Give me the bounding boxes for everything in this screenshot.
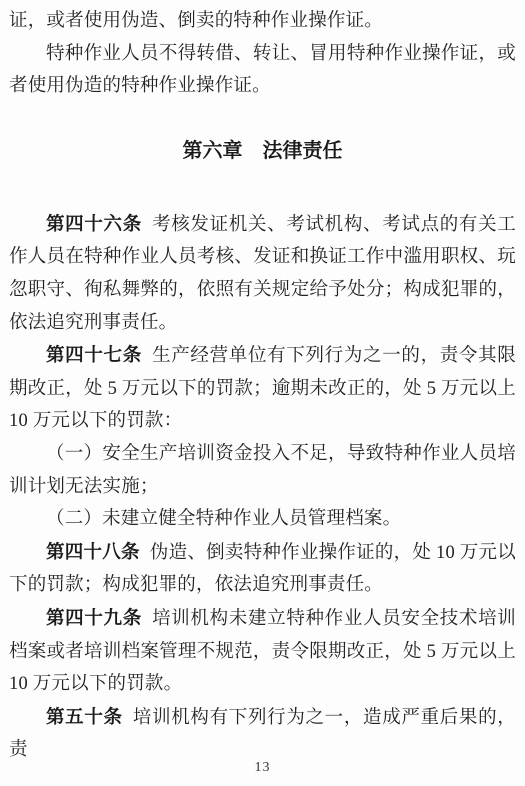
article-47-paragraph: 第四十七条生产经营单位有下列行为之一的，责令其限期改正，处 5 万元以下的罚款；…: [9, 339, 516, 438]
article-48-paragraph: 第四十八条伪造、倒卖特种作业操作证的，处 10 万元以下的罚款；构成犯罪的，依法…: [9, 536, 516, 602]
intro-paragraph-continuation: 证，或者使用伪造、倒卖的特种作业操作证。: [9, 5, 516, 38]
article-number: 第四十八条: [46, 541, 140, 562]
paragraph-text: 证，或者使用伪造、倒卖的特种作业操作证。: [9, 11, 383, 31]
article-number: 第四十六条: [46, 213, 142, 234]
article-49-paragraph: 第四十九条培训机构未建立特种作业人员安全技术培训档案或者培训档案管理不规范，责令…: [9, 602, 516, 701]
item-text: （一）安全生产培训资金投入不足，导致特种作业人员培训计划无法实施；: [9, 444, 516, 497]
article-number: 第四十九条: [46, 607, 142, 628]
article-47-item-2: （二）未建立健全特种作业人员管理档案。: [9, 503, 516, 536]
chapter-heading: 第六章 法律责任: [9, 138, 516, 164]
intro-paragraph: 特种作业人员不得转借、转让、冒用特种作业操作证，或者使用伪造的特种作业操作证。: [9, 38, 516, 103]
item-text: （二）未建立健全特种作业人员管理档案。: [46, 509, 401, 529]
document-page: 证，或者使用伪造、倒卖的特种作业操作证。 特种作业人员不得转借、转让、冒用特种作…: [0, 0, 525, 786]
article-number: 第四十七条: [46, 344, 142, 365]
text-block: 证，或者使用伪造、倒卖的特种作业操作证。 特种作业人员不得转借、转让、冒用特种作…: [9, 5, 516, 767]
article-number: 第五十条: [46, 706, 123, 727]
article-50-paragraph: 第五十条培训机构有下列行为之一，造成严重后果的，责: [9, 701, 516, 767]
page-number: 13: [0, 759, 525, 777]
article-47-item-1: （一）安全生产培训资金投入不足，导致特种作业人员培训计划无法实施；: [9, 438, 516, 503]
article-46-paragraph: 第四十六条考核发证机关、考试机构、考试点的有关工作人员在特种作业人员考核、发证和…: [9, 208, 516, 339]
paragraph-text: 特种作业人员不得转借、转让、冒用特种作业操作证，或者使用伪造的特种作业操作证。: [9, 44, 516, 97]
